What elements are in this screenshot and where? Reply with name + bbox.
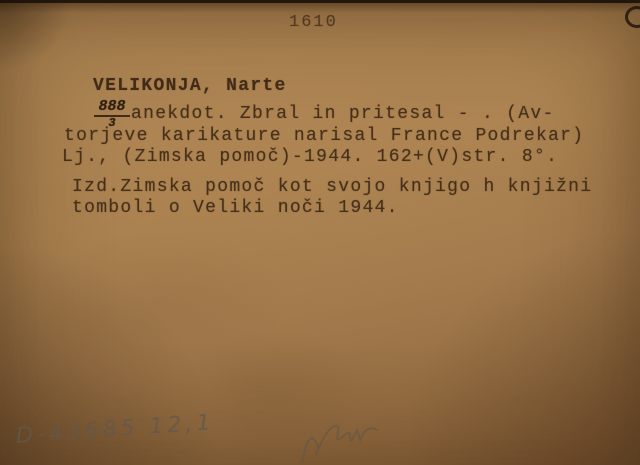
call-number-numerator: 888 bbox=[94, 99, 130, 117]
pencil-scribble-mark bbox=[294, 407, 391, 465]
title-statement-line-2: torjeve karikature narisal France Podrek… bbox=[64, 126, 584, 146]
card-sequence-number: 1610 bbox=[289, 13, 338, 32]
paper-stain bbox=[30, 230, 290, 380]
title-statement-line-1: anekdot. Zbral in pritesal - . (Av- bbox=[131, 104, 555, 124]
note-line-2: tomboli o Veliki noči 1944. bbox=[72, 198, 399, 218]
author-heading: VELIKONJA, Narte bbox=[93, 76, 287, 96]
catalog-card: 1610 VELIKONJA, Narte 888 3 anekdot. Zbr… bbox=[0, 0, 640, 465]
note-line-1: Izd.Zimska pomoč kot svojo knjigo h knji… bbox=[72, 177, 592, 197]
edge-hole-mark bbox=[625, 6, 640, 28]
scan-top-edge-fade bbox=[0, 3, 640, 13]
imprint-line: Lj., (Zimska pomoč)-1944. 162+(V)str. 8°… bbox=[62, 147, 558, 167]
handwritten-accession-number: D-43685 12,1 bbox=[15, 410, 215, 449]
